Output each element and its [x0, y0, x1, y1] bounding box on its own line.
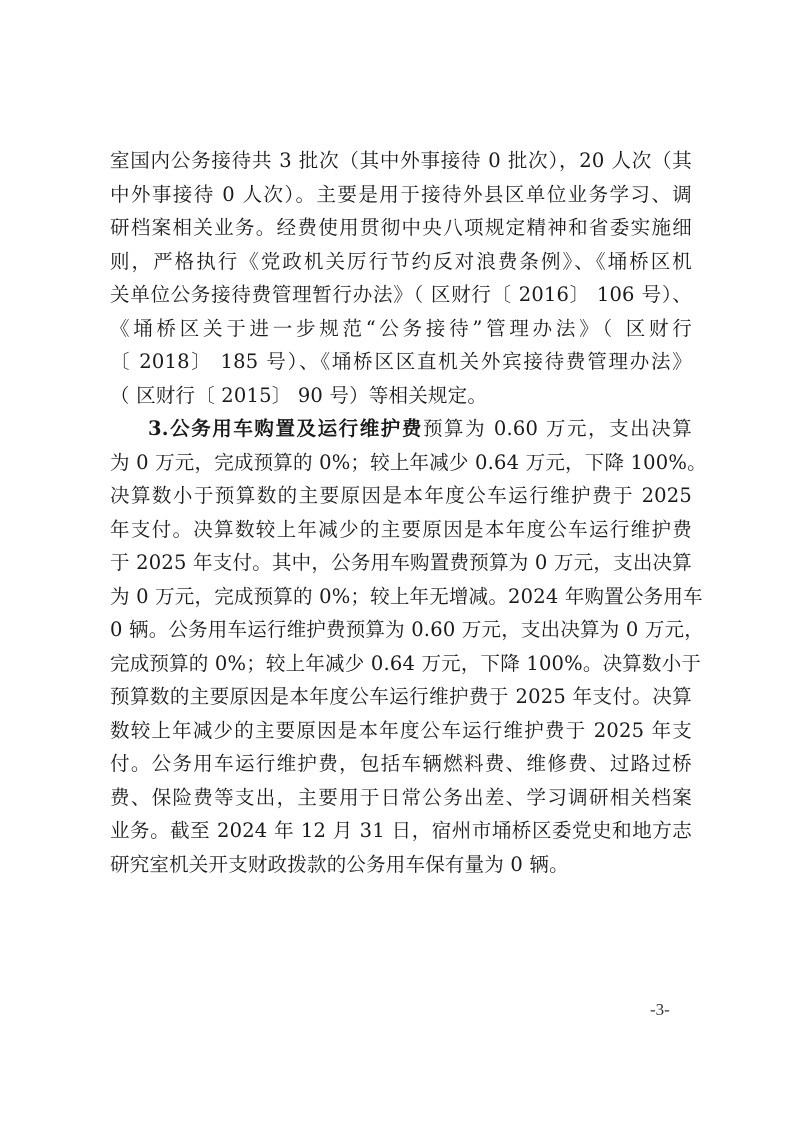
text-line: 于 2025 年支付。其中，公务用车购置费预算为 0 万元，支出决算	[110, 546, 692, 580]
paragraph-reception: 室国内公务接待共 3 批次（其中外事接待 0 批次），20 人次（其 中外事接待…	[110, 144, 692, 412]
document-page: 室国内公务接待共 3 批次（其中外事接待 0 批次），20 人次（其 中外事接待…	[0, 0, 793, 1122]
text-line: 数较上年减少的主要原因是本年度公车运行维护费于 2025 年支	[110, 714, 692, 748]
text-line: 为 0 万元，完成预算的 0%；较上年无增减。2024 年购置公务用车	[110, 580, 692, 614]
text-line: 决算数小于预算数的主要原因是本年度公车运行维护费于 2025	[110, 479, 692, 513]
paragraph-vehicle: 3.公务用车购置及运行维护费预算为 0.60 万元，支出决算 为 0 万元，完成…	[110, 412, 692, 881]
page-number: -3-	[650, 1000, 670, 1020]
text-line: 《埇桥区关于进一步规范“公务接待”管理办法》（ 区财行	[110, 312, 692, 346]
text-line: 预算数的主要原因是本年度公车运行维护费于 2025 年支付。决算	[110, 680, 692, 714]
text-line: 费、保险费等支出，主要用于日常公务出差、学习调研相关档案	[110, 781, 692, 815]
text-line-first: 3.公务用车购置及运行维护费预算为 0.60 万元，支出决算	[110, 412, 692, 446]
text-line: 业务。截至 2024 年 12 月 31 日，宿州市埇桥区委党史和地方志	[110, 814, 692, 848]
body-text: 室国内公务接待共 3 批次（其中外事接待 0 批次），20 人次（其 中外事接待…	[110, 144, 692, 881]
text-line: 付。公务用车运行维护费，包括车辆燃料费、维修费、过路过桥	[110, 747, 692, 781]
text-line: 年支付。决算数较上年减少的主要原因是本年度公车运行维护费	[110, 513, 692, 547]
text-line: 室国内公务接待共 3 批次（其中外事接待 0 批次），20 人次（其	[110, 144, 692, 178]
text-line: （ 区财行〔 2015〕 90 号）等相关规定。	[110, 379, 692, 413]
text-line: 则，严格执行《党政机关厉行节约反对浪费条例》、《埇桥区机	[110, 245, 692, 279]
text-line: 中外事接待 0 人次）。主要是用于接待外县区单位业务学习、调	[110, 178, 692, 212]
text-line: 关单位公务接待费管理暂行办法》（ 区财行〔 2016〕 106 号）、	[110, 278, 692, 312]
text-line: 研究室机关开支财政拨款的公务用车保有量为 0 辆。	[110, 848, 692, 882]
text-line: 〔 2018〕 185 号）、《埇桥区区直机关外宾接待费管理办法》	[110, 345, 692, 379]
text-line: 研档案相关业务。经费使用贯彻中央八项规定精神和省委实施细	[110, 211, 692, 245]
heading-continuation: 预算为 0.60 万元，支出决算	[423, 417, 692, 440]
text-line: 完成预算的 0%；较上年减少 0.64 万元，下降 100%。决算数小于	[110, 647, 692, 681]
text-line: 0 辆。公务用车运行维护费预算为 0.60 万元，支出决算为 0 万元，	[110, 613, 692, 647]
text-line: 为 0 万元，完成预算的 0%；较上年减少 0.64 万元，下降 100%。	[110, 446, 692, 480]
section-heading: 3.公务用车购置及运行维护费	[148, 417, 423, 440]
